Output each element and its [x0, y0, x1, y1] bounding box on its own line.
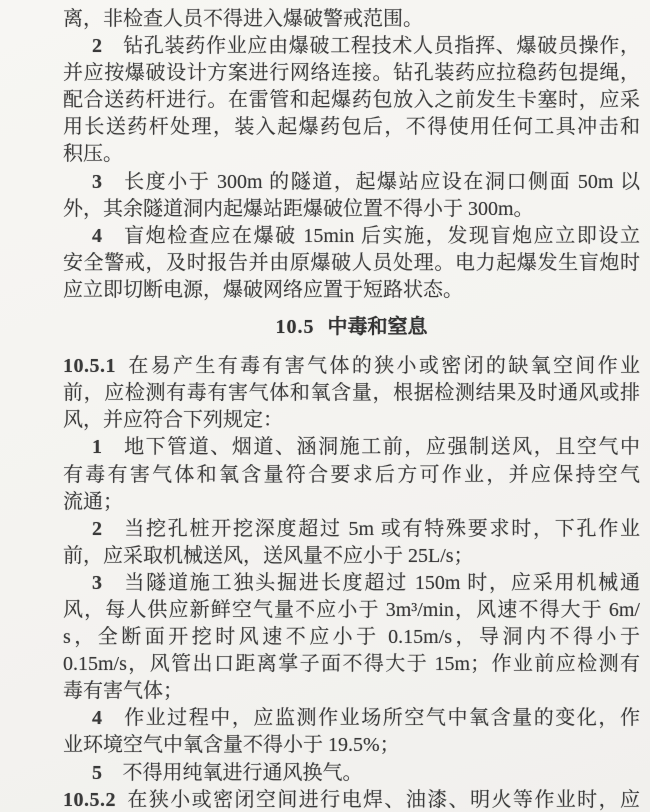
text-line: 有毒有害气体和氧含量符合要求后方可作业，并应保持空气: [63, 462, 640, 489]
line-text: 毒有害气体；: [63, 680, 183, 702]
text-line: 毒有害气体；: [63, 678, 640, 705]
text-line: 风，每人供应新鲜空气量不应小于 3m³/min，风速不得大于 6m/: [63, 597, 640, 624]
item-number: 3: [92, 572, 103, 594]
item-number: 5: [92, 762, 103, 784]
line-text: 前，应检测有毒有害气体和氧含量，根据检测结果及时通风或排: [63, 382, 640, 404]
text-line: 外，其余隧道洞内起爆站距爆破位置不得小于 300m。: [63, 196, 640, 223]
line-text: 安全警戒，及时报告并由原爆破人员处理。电力起爆发生盲炮时: [63, 252, 640, 274]
item-number: 2: [92, 518, 103, 540]
text-line: 0.15m/s，风管出口距离掌子面不得大于 15m；作业前应检测有: [63, 651, 640, 678]
text-line: 流通；: [63, 489, 640, 516]
line-text: 长度小于 300m 的隧道，起爆站应设在洞口侧面 50m 以: [123, 171, 641, 193]
text-line: 前，应采取机械送风，送风量不应小于 25L/s；: [63, 543, 640, 570]
line-text: 地下管道、烟道、涵洞施工前，应强制送风，且空气中: [123, 436, 641, 458]
item-number: 1: [92, 436, 103, 458]
paragraph: 10.5.2在狭小或密闭空间进行电焊、油漆、明火等作业时，应: [63, 787, 640, 812]
line-text: 在易产生有毒有害气体的狭小或密闭的缺氧空间作业: [126, 355, 640, 377]
text-line: 3长度小于 300m 的隧道，起爆站应设在洞口侧面 50m 以: [63, 169, 640, 196]
item-number: 3: [92, 171, 103, 193]
text-line: 10.5.2在狭小或密闭空间进行电焊、油漆、明火等作业时，应: [63, 787, 640, 812]
paragraph: 2钻孔装药作业应由爆破工程技术人员指挥、爆破员操作，并应按爆破设计方案进行网络连…: [63, 33, 640, 168]
text-line: 5不得用纯氧进行通风换气。: [63, 760, 640, 787]
text-line: 并应按爆破设计方案进行网络连接。钻孔装药应拉稳药包提绳，: [63, 60, 640, 87]
line-text: 积压。: [63, 143, 123, 165]
item-number: 4: [92, 225, 103, 247]
paragraph: 3当隧道施工独头掘进长度超过 150m 时，应采用机械通风，每人供应新鲜空气量不…: [63, 570, 640, 705]
item-number: 4: [92, 707, 103, 729]
text-line: 4作业过程中，应监测作业场所空气中氧含量的变化，作: [63, 705, 640, 732]
text-line: 风，并应符合下列规定：: [63, 407, 640, 434]
line-text: 并应按爆破设计方案进行网络连接。钻孔装药应拉稳药包提绳，: [63, 62, 640, 84]
line-text: 不得用纯氧进行通风换气。: [123, 762, 363, 784]
text-line: 业环境空气中氧含量不得小于 19.5%；: [63, 732, 640, 759]
line-text: 业环境空气中氧含量不得小于 19.5%；: [63, 734, 400, 756]
section-number: 10.5: [276, 316, 315, 338]
item-number: 10.5.1: [63, 355, 116, 377]
line-text: 配合送药杆进行。在雷管和起爆药包放入之前发生卡塞时，应采: [63, 89, 640, 111]
paragraph: 1地下管道、烟道、涵洞施工前，应强制送风，且空气中有毒有害气体和氧含量符合要求后…: [63, 434, 640, 515]
line-text: 风，每人供应新鲜空气量不应小于 3m³/min，风速不得大于 6m/: [63, 599, 640, 621]
text-line: 2当挖孔桩开挖深度超过 5m 或有特殊要求时，下孔作业: [63, 516, 640, 543]
line-text: 0.15m/s，风管出口距离掌子面不得大于 15m；作业前应检测有: [63, 653, 640, 675]
line-text: 盲炮检查应在爆破 15min 后实施，发现盲炮应立即设立: [123, 225, 641, 247]
paragraph: 3长度小于 300m 的隧道，起爆站应设在洞口侧面 50m 以外，其余隧道洞内起…: [63, 169, 640, 223]
document-page: 离，非检查人员不得进入爆破警戒范围。2钻孔装药作业应由爆破工程技术人员指挥、爆破…: [0, 0, 650, 812]
text-line: 前，应检测有毒有害气体和氧含量，根据检测结果及时通风或排: [63, 380, 640, 407]
page-body: 离，非检查人员不得进入爆破警戒范围。2钻孔装药作业应由爆破工程技术人员指挥、爆破…: [63, 6, 640, 812]
line-text: 当隧道施工独头掘进长度超过 150m 时，应采用机械通: [123, 572, 641, 594]
line-text: 流通；: [63, 491, 123, 513]
text-line: 3当隧道施工独头掘进长度超过 150m 时，应采用机械通: [63, 570, 640, 597]
line-text: 应立即切断电源，爆破网络应置于短路状态。: [63, 279, 463, 301]
line-text: 外，其余隧道洞内起爆站距爆破位置不得小于 300m。: [63, 198, 534, 220]
line-text: 钻孔装药作业应由爆破工程技术人员指挥、爆破员操作，: [123, 35, 641, 57]
paragraph: 10.5.1在易产生有毒有害气体的狭小或密闭的缺氧空间作业前，应检测有毒有害气体…: [63, 353, 640, 434]
line-text: 风，并应符合下列规定：: [63, 409, 283, 431]
text-line: s，全断面开挖时风速不应小于 0.15m/s，导洞内不得小于: [63, 624, 640, 651]
item-number: 10.5.2: [63, 789, 116, 811]
text-line: 1地下管道、烟道、涵洞施工前，应强制送风，且空气中: [63, 434, 640, 461]
item-number: 2: [92, 35, 103, 57]
line-text: 作业过程中，应监测作业场所空气中氧含量的变化，作: [123, 707, 641, 729]
text-line: 安全警戒，及时报告并由原爆破人员处理。电力起爆发生盲炮时: [63, 250, 640, 277]
line-text: 用长送药杆处理，装入起爆药包后，不得使用任何工具冲击和: [63, 116, 640, 138]
line-text: s，全断面开挖时风速不应小于 0.15m/s，导洞内不得小于: [63, 626, 640, 648]
line-text: 当挖孔桩开挖深度超过 5m 或有特殊要求时，下孔作业: [123, 518, 641, 540]
paragraph: 5不得用纯氧进行通风换气。: [63, 760, 640, 787]
paragraph: 4盲炮检查应在爆破 15min 后实施，发现盲炮应立即设立安全警戒，及时报告并由…: [63, 223, 640, 304]
section-heading: 10.5中毒和窒息: [63, 314, 640, 341]
text-line: 积压。: [63, 141, 640, 168]
text-line: 4盲炮检查应在爆破 15min 后实施，发现盲炮应立即设立: [63, 223, 640, 250]
text-line: 用长送药杆处理，装入起爆药包后，不得使用任何工具冲击和: [63, 114, 640, 141]
line-text: 离，非检查人员不得进入爆破警戒范围。: [63, 8, 423, 30]
text-line: 配合送药杆进行。在雷管和起爆药包放入之前发生卡塞时，应采: [63, 87, 640, 114]
text-line: 2钻孔装药作业应由爆破工程技术人员指挥、爆破员操作，: [63, 33, 640, 60]
paragraph: 离，非检查人员不得进入爆破警戒范围。: [63, 6, 640, 33]
text-line: 应立即切断电源，爆破网络应置于短路状态。: [63, 277, 640, 304]
line-text: 前，应采取机械送风，送风量不应小于 25L/s；: [63, 545, 474, 567]
paragraph: 4作业过程中，应监测作业场所空气中氧含量的变化，作业环境空气中氧含量不得小于 1…: [63, 705, 640, 759]
line-text: 在狭小或密闭空间进行电焊、油漆、明火等作业时，应: [126, 789, 640, 811]
text-line: 离，非检查人员不得进入爆破警戒范围。: [63, 6, 640, 33]
paragraph: 2当挖孔桩开挖深度超过 5m 或有特殊要求时，下孔作业前，应采取机械送风，送风量…: [63, 516, 640, 570]
section-title: 中毒和窒息: [328, 316, 428, 338]
line-text: 有毒有害气体和氧含量符合要求后方可作业，并应保持空气: [63, 464, 640, 486]
text-line: 10.5.1在易产生有毒有害气体的狭小或密闭的缺氧空间作业: [63, 353, 640, 380]
